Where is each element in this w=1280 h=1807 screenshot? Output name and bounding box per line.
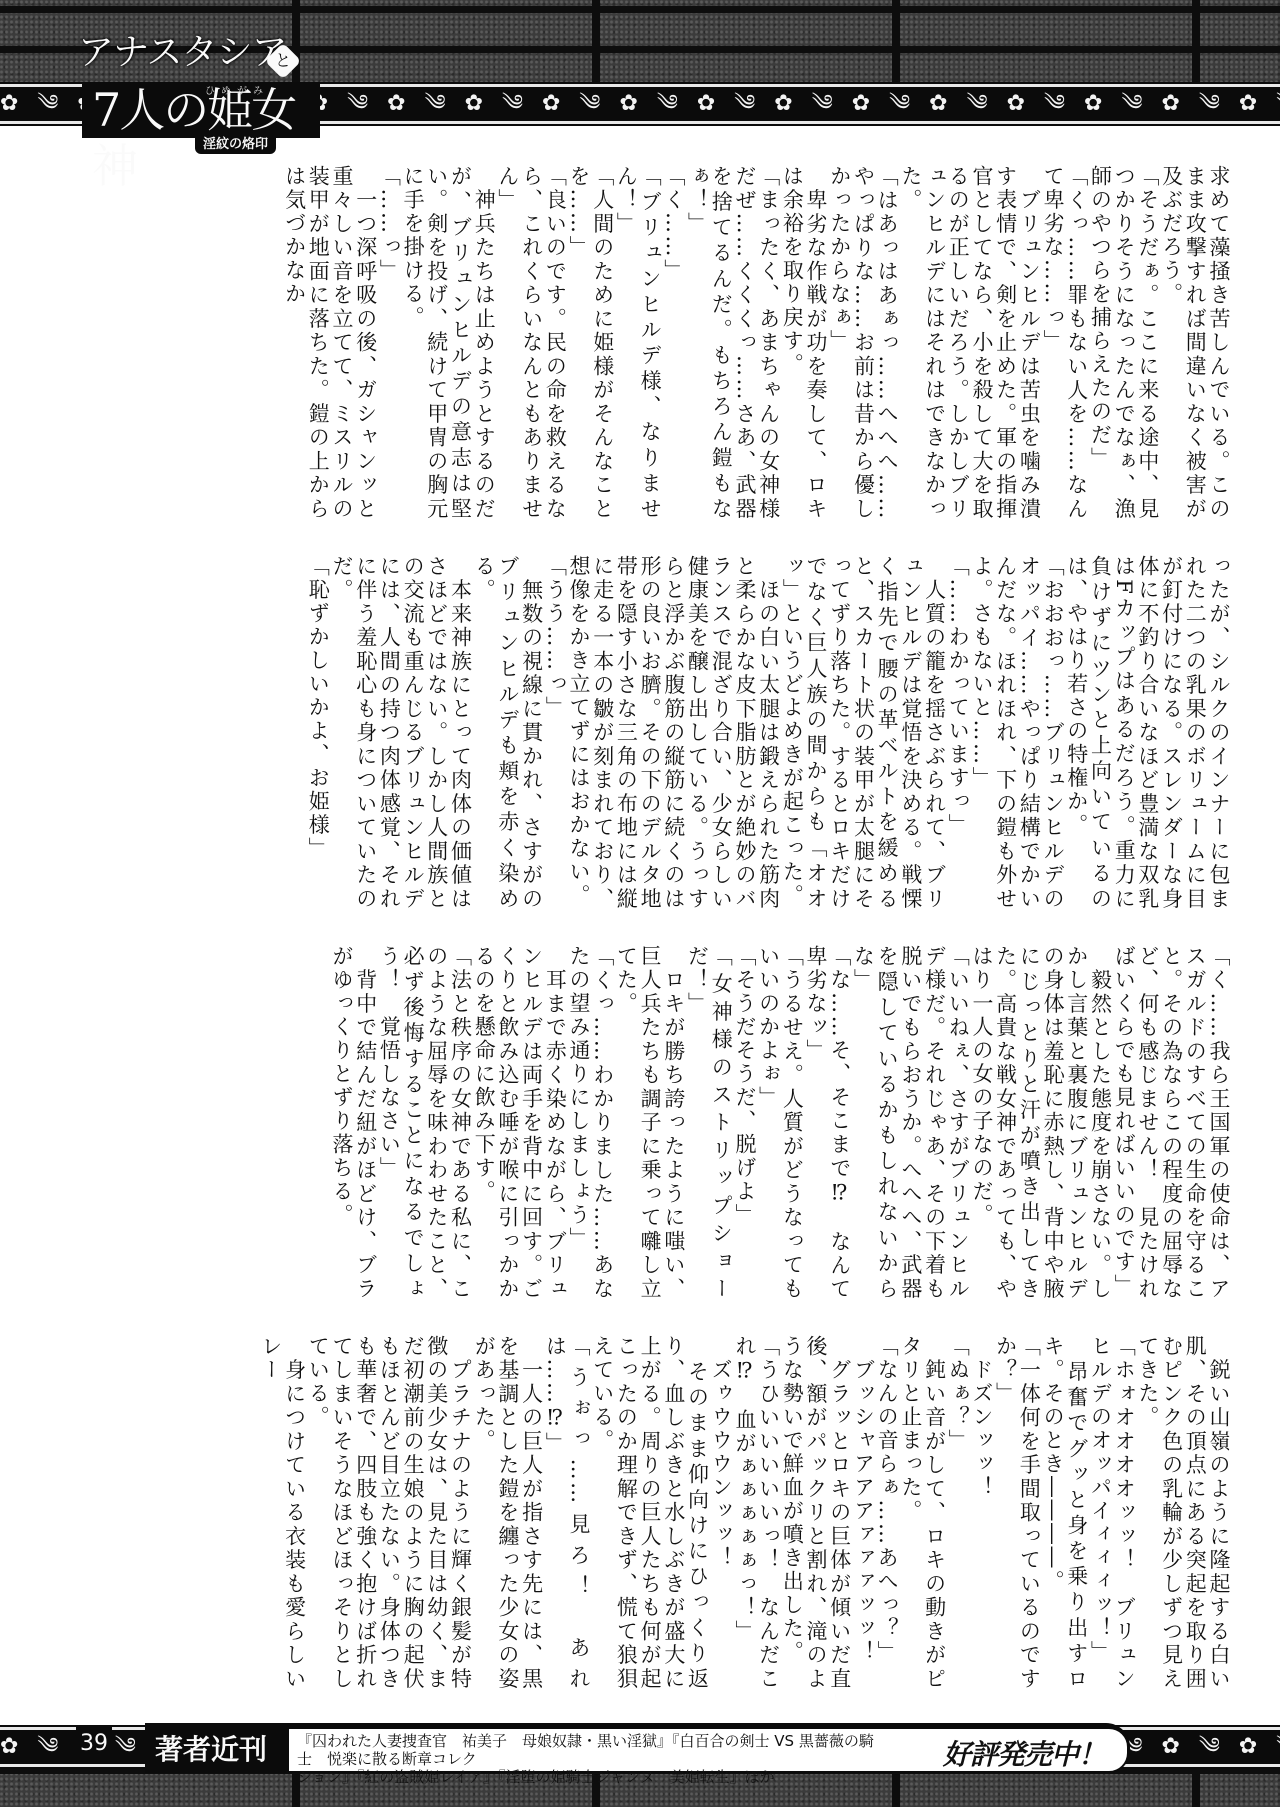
paragraph: 「くっ……わかりました……あなたの望み通りにしましょう」 xyxy=(566,945,613,1301)
paragraph: そのまま仰向けにひっくり返り、血しぶきと水しぶきが盛大に上がる。周りの巨人たちも… xyxy=(590,1335,709,1691)
paragraph: 一つ深呼吸の後、ガシャンッと重々しい音を立てて、ミスリルの装甲が地面に落ちた。鎧… xyxy=(282,165,377,521)
paragraph: プラチナのように輝く銀髪が特徴の美少女は、見た目は幼く、まだ初潮前の生娘のように… xyxy=(306,1335,472,1691)
paragraph: 「く……我ら王国軍の使命は、アスガルドのすべての生命を守ること。その為ならこの程… xyxy=(1111,945,1230,1301)
text-tier-2: ったが、シルクのインナーに包まれた二つの乳果のボリュームに目が釘付けになる。スレ… xyxy=(70,555,1230,911)
paragraph: 「なんの音らぁ……あへっ？」 xyxy=(874,1335,898,1691)
paragraph: 一人の巨人が指さす先には、黒を基調とした鎧を纏った少女の姿があった。 xyxy=(472,1335,543,1691)
paragraph: 「良いのです。民の命を救えるなら、これくらいなんともありません」 xyxy=(495,165,566,521)
ad-on-sale-text: 好評発売中！ xyxy=(943,1733,1105,1773)
ad-book-titles: 『囚われた人妻捜査官 祐美子 母娘奴隷・黒い淫獄』『白百合の剣士 VS 黒薔薇の… xyxy=(297,1732,877,1786)
paragraph: 「法と秩序の女神である私に、このような屈辱を味わわせたこと、必ず後悔することにな… xyxy=(377,945,472,1301)
paragraph: 「女神様のストリップショーだ！」 xyxy=(685,945,732,1301)
paragraph: 「……わかっていますっ」 xyxy=(946,555,970,911)
paragraph: 「……っ」 xyxy=(377,165,401,521)
paragraph: ったが、シルクのインナーに包まれた二つの乳果のボリュームに目が釘付けになる。スレ… xyxy=(1064,555,1230,911)
paragraph: 毅然とした態度を崩さない。しかし言葉と裏腹にブリュンヒルデの身体は羞恥に赤熱し、… xyxy=(969,945,1111,1301)
paragraph: 本来神族にとって肉体の価値はさほどではない。しかし人間族との交流も重んじるブリュ… xyxy=(329,555,471,911)
paragraph: 「うるせえ。人質がどうなってもいいのかよぉ」 xyxy=(756,945,803,1301)
paragraph: 「うぉっ……見ろ！ あれは……⁉」 xyxy=(543,1335,590,1691)
paragraph: 昂奮でグッと身を乗り出すロキ。そのとき――――。 xyxy=(1040,1335,1087,1691)
paragraph: 「一体何を手間取っているのですか？」 xyxy=(993,1335,1040,1691)
logo-connector-text: と xyxy=(270,48,296,74)
text-tier-3: 「く……我ら王国軍の使命は、アスガルドのすべての生命を守ること。その為ならこの程… xyxy=(70,945,1230,1301)
paragraph: 「はあっはあぁっ……へへへ……やっぱりな……お前は昔から優しかったからなぁ」 xyxy=(827,165,898,521)
logo-title-line2: 7人の姫女神 xyxy=(82,82,320,138)
paragraph: 「ホォオオオオッッ！ ブリュンヒルデのオッパイィィィッ！」 xyxy=(1088,1335,1135,1691)
text-tier-1: 求めて藻掻き苦しんでいる。このまま攻撃すれば間違いなく被害が及ぶだろう。 「そう… xyxy=(70,165,1230,521)
paragraph: 身につけている衣装も愛らしいレー xyxy=(258,1335,305,1691)
ad-label: 著者近刊 xyxy=(155,1730,267,1770)
paragraph: 「おおおっ……ブリュンヒルデのオッパイ……やっぱり結構でかいんだな。ほれほれ、下… xyxy=(969,555,1064,911)
logo-subtitle: 淫紋の烙印 xyxy=(195,136,276,154)
paragraph: ズゥウウウンッッ！ xyxy=(709,1335,733,1691)
paragraph: ブリュンヒルデは苦虫を噛み潰す表情で、剣を止めた。軍の指揮官としてなら、小を殺し… xyxy=(898,165,1040,521)
paragraph: ブッシャアアアァァァッッ！ xyxy=(851,1335,875,1691)
paragraph: 鈍い音がして、ロキの動きがピタリと止まった。 xyxy=(898,1335,945,1691)
paragraph: 鋭い山嶺のように隆起する白い肌、その頂点にある突起を取り囲むピンク色の乳輪が少し… xyxy=(1135,1335,1230,1691)
paragraph: 「人間のために姫様がそんなことを……」 xyxy=(566,165,613,521)
paragraph: 「ブリュンヒルデ様、なりません！」 xyxy=(614,165,661,521)
series-logo: アナスタシア と 7人の姫女神 ひめがみ 淫紋の烙印 xyxy=(20,20,320,140)
page-number: 39 xyxy=(76,1727,112,1761)
paragraph: 人質の籠を揺さぶられて、ブリュンヒルデは覚悟を決める。戦慄く指先で腰の革ベルトを… xyxy=(780,555,946,911)
ad-book-list: 『囚われた人妻捜査官 祐美子 母娘奴隷・黒い淫獄』『白百合の剣士 VS 黒薔薇の… xyxy=(287,1727,1129,1773)
paragraph: 「く……」 xyxy=(661,165,685,521)
logo-ruby: ひめがみ xyxy=(205,82,269,97)
paragraph: 「そうだそうだ、脱げよ」 xyxy=(732,945,756,1301)
logo-connector-badge: と xyxy=(265,43,302,80)
paragraph: 背中で結んだ紐がほどけ、ブラがゆっくりとずり落ちる。 xyxy=(329,945,376,1301)
paragraph: ドズンッッ！ xyxy=(969,1335,993,1691)
ad-line-2: ション』『紅の盗賊姫レイア』『淫堕の姫騎士ジャンヌ 美姫転生』ほか xyxy=(297,1768,877,1786)
paragraph: 卑劣な作戦が功を奏して、ロキは余裕を取り戻す。 xyxy=(780,165,827,521)
paragraph: 「まったく、あまちゃんの女神様だぜ……くくくっ……さあ、武器を捨てるんだ。もちろ… xyxy=(685,165,780,521)
paragraph: 「な……そ、そこまで⁉ なんて卑劣なッ」 xyxy=(803,945,850,1301)
paragraph: 「恥ずかしいかよ、お姫様」 xyxy=(306,555,330,911)
text-tier-4: 鋭い山嶺のように隆起する白い肌、その頂点にある突起を取り囲むピンク色の乳輪が少し… xyxy=(70,1335,1230,1691)
paragraph: 無数の視線に貫かれ、さすがのブリュンヒルデも頬を赤く染める。 xyxy=(472,555,543,911)
paragraph: ロキが勝ち誇ったように嗤い、巨人兵たちも調子に乗って囃し立てた。 xyxy=(614,945,685,1301)
ad-line-1: 『囚われた人妻捜査官 祐美子 母娘奴隷・黒い淫獄』『白百合の剣士 VS 黒薔薇の… xyxy=(297,1732,877,1768)
paragraph: 「うひいいいいいっ！ なんだこれ⁉ 血がぁぁぁぁぁっ！」 xyxy=(732,1335,779,1691)
paragraph: 耳まで赤く染めながら、ブリュンヒルデは両手を背中に回す。ごくりと飲み込む唾が喉に… xyxy=(472,945,567,1301)
paragraph: 求めて藻掻き苦しんでいる。このまま攻撃すれば間違いなく被害が及ぶだろう。 xyxy=(1159,165,1230,521)
paragraph: 「うう……っ」 xyxy=(543,555,567,911)
paragraph: 「くっ……罪もない人を……なんて卑劣な……っ」 xyxy=(1040,165,1087,521)
paragraph: 神兵たちは止めようとするのだが、ブリュンヒルデの意志は堅い。剣を投げ、続けて甲冑… xyxy=(400,165,495,521)
paragraph: 「ぬぁ？」 xyxy=(946,1335,970,1691)
paragraph: 「そうだぁ。ここに来る途中、見つかりそうになったんでなぁ、漁師のやつらを捕らえた… xyxy=(1088,165,1159,521)
logo-title-line1: アナスタシア xyxy=(78,24,287,75)
paragraph: グラッとロキの巨体が傾いだ直後、額がパックリと割れ、滝のような勢いで鮮血が噴き出… xyxy=(780,1335,851,1691)
paragraph: 「いいねぇ、さすがブリュンヒルデ様だ。それじゃあ、その下着も脱いでもらおうか。へ… xyxy=(851,945,970,1301)
paragraph: ほの白い太腿は鍛えられた筋肉と柔らかな皮下脂肪とが絶妙のバランスで混ざり合い、少… xyxy=(566,555,779,911)
